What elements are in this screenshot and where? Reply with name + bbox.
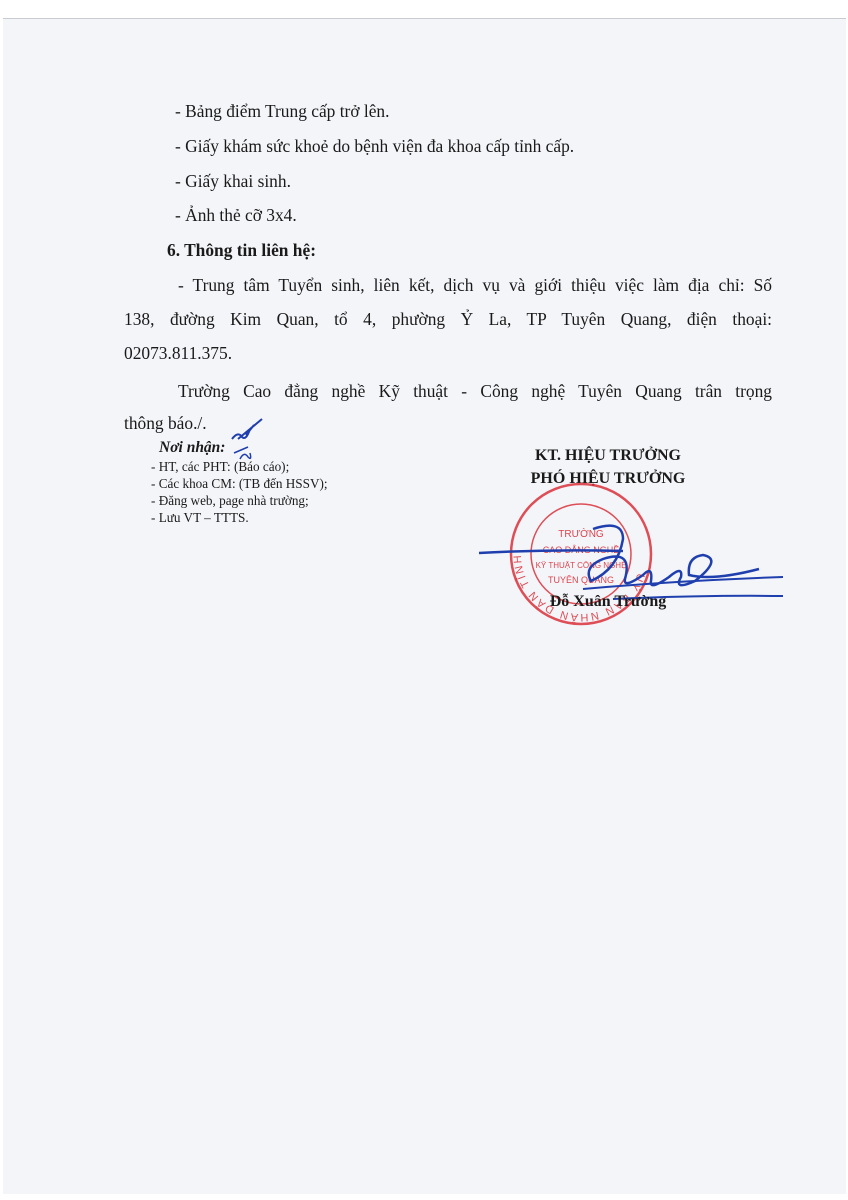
scanned-page: - Bảng điểm Trung cấp trở lên. - Giấy kh… <box>3 18 846 1194</box>
recipient-item: - Các khoa CM: (TB đến HSSV); <box>151 476 328 491</box>
recipient-item: - Đăng web, page nhà trường; <box>151 493 309 508</box>
recipients-title: Nơi nhận: <box>159 439 225 457</box>
recipient-item: - HT, các PHT: (Báo cáo); <box>151 459 289 474</box>
doc-item-health-cert: - Giấy khám sức khoẻ do bệnh viện đa kho… <box>175 136 574 156</box>
doc-item-birth-cert: - Giấy khai sinh. <box>175 171 291 191</box>
recipient-item: - Lưu VT – TTTS. <box>151 510 249 525</box>
section-heading-contact: 6. Thông tin liên hệ: <box>167 240 316 260</box>
closing-line-2: thông báo./. <box>124 413 207 433</box>
signature-title-line1: KT. HIỆU TRƯỞNG <box>488 447 728 465</box>
contact-line-1: - Trung tâm Tuyển sinh, liên kết, dịch v… <box>178 275 772 295</box>
doc-item-transcript: - Bảng điểm Trung cấp trở lên. <box>175 101 389 121</box>
signer-name: Đỗ Xuân Trường <box>488 593 728 611</box>
contact-line-2: 138, đường Kim Quan, tổ 4, phường Ỷ La, … <box>124 309 772 329</box>
doc-item-photo: - Ảnh thẻ cỡ 3x4. <box>175 205 297 225</box>
contact-phone: 02073.811.375. <box>124 343 232 363</box>
closing-line-1: Trường Cao đẳng nghề Kỹ thuật - Công ngh… <box>178 381 772 401</box>
